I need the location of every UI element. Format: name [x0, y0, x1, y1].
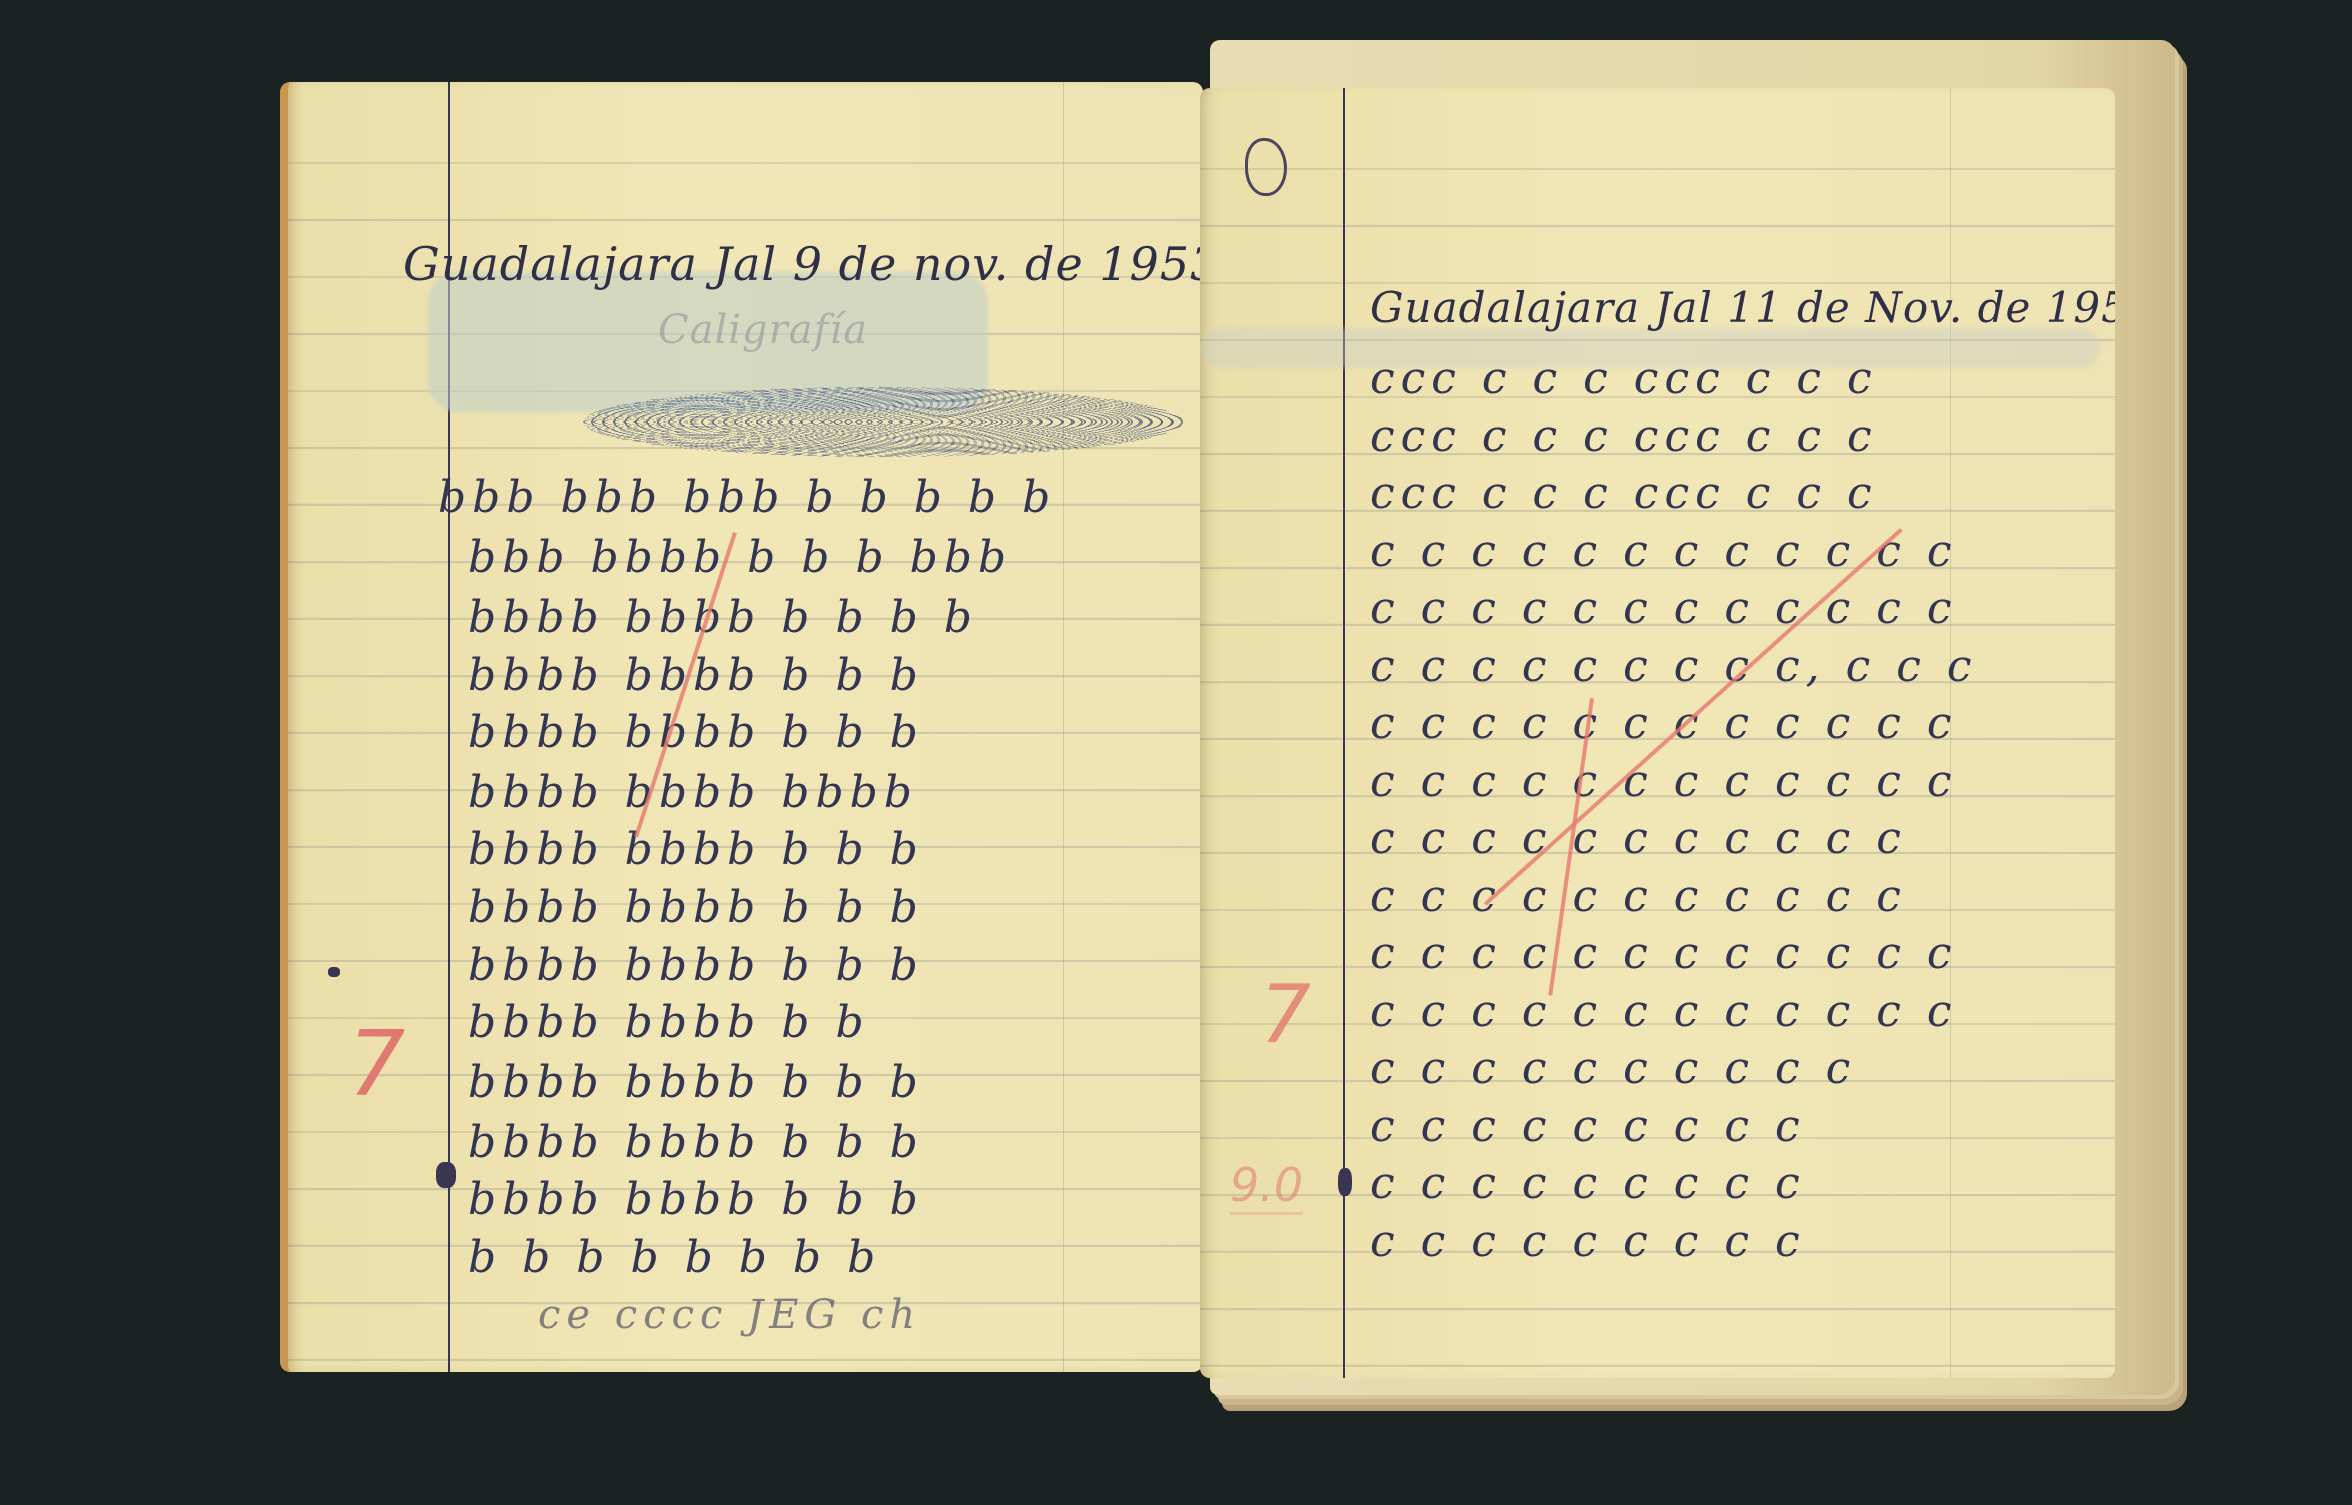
practice-row: c c c c c c c c c c c c — [1370, 526, 1958, 577]
practice-row: bbbb bbbb b b b b — [468, 592, 978, 643]
left-page-subheading: Caligrafía — [658, 307, 868, 353]
left-page-heading: Guadalajara Jal 9 de nov. de 1953 N 38 — [403, 237, 1203, 291]
right-notebook-page: Guadalajara Jal 11 de Nov. de 1953 N 39 … — [1200, 88, 2115, 1378]
practice-row: c c c c c c c c c c c c — [1370, 756, 1958, 807]
practice-row: bbbb bbbb bbbb — [468, 767, 918, 818]
ink-blot — [436, 1162, 456, 1188]
practice-row: c c c c c c c c c c — [1370, 1043, 1856, 1094]
left-grade-mark: 7 — [348, 1012, 405, 1117]
practice-row: bbbb bbbb b b b — [468, 940, 924, 991]
practice-row: bbbb bbbb b b b — [468, 882, 924, 933]
scribble-crossout — [583, 387, 1183, 457]
ink-blot — [1338, 1168, 1352, 1196]
face-doodle-icon — [1245, 138, 1287, 196]
practice-row: c c c c c c c c c c c — [1370, 871, 1907, 922]
score-mark: 9.0 — [1230, 1158, 1303, 1215]
practice-row: bbbb bbbb b b b — [468, 1174, 924, 1225]
right-page-heading: Guadalajara Jal 11 de Nov. de 1953 N 39 — [1370, 283, 2115, 332]
practice-row: c c c c c c c c c c c c — [1370, 583, 1958, 634]
practice-row: c c c c c c c c c, c c c — [1370, 641, 1978, 692]
ink-dot — [328, 967, 340, 977]
practice-row: ccc c c c ccc c c c — [1370, 468, 1878, 519]
right-grade-mark: 7 — [1260, 968, 1311, 1061]
practice-row: c c c c c c c c c — [1370, 1216, 1806, 1267]
practice-row: ccc c c c ccc c c c — [1370, 353, 1878, 404]
practice-row: bbbb bbbb b b b — [468, 1117, 924, 1168]
footer-practice: ce cccc JEG ch — [538, 1292, 921, 1338]
practice-row: bbb bbbb b b b bbb — [468, 532, 1012, 583]
practice-row: b b b b b b b b — [468, 1232, 881, 1283]
practice-row: bbbb bbbb b b b — [468, 1057, 924, 1108]
practice-row: bbbb bbbb b b b — [468, 824, 924, 875]
left-notebook-page: Guadalajara Jal 9 de nov. de 1953 N 38 C… — [280, 82, 1203, 1372]
practice-row: c c c c c c c c c c c — [1370, 813, 1907, 864]
practice-row: ccc c c c ccc c c c — [1370, 411, 1878, 462]
practice-row: c c c c c c c c c — [1370, 1101, 1806, 1152]
practice-row: bbb bbb bbb b b b b b — [438, 472, 1056, 523]
practice-row: bbbb bbbb b b b — [468, 707, 924, 758]
practice-row: bbbb bbbb b b — [468, 997, 870, 1048]
practice-row: c c c c c c c c c — [1370, 1158, 1806, 1209]
practice-row: c c c c c c c c c c c c — [1370, 928, 1958, 979]
practice-row: c c c c c c c c c c c c — [1370, 986, 1958, 1037]
